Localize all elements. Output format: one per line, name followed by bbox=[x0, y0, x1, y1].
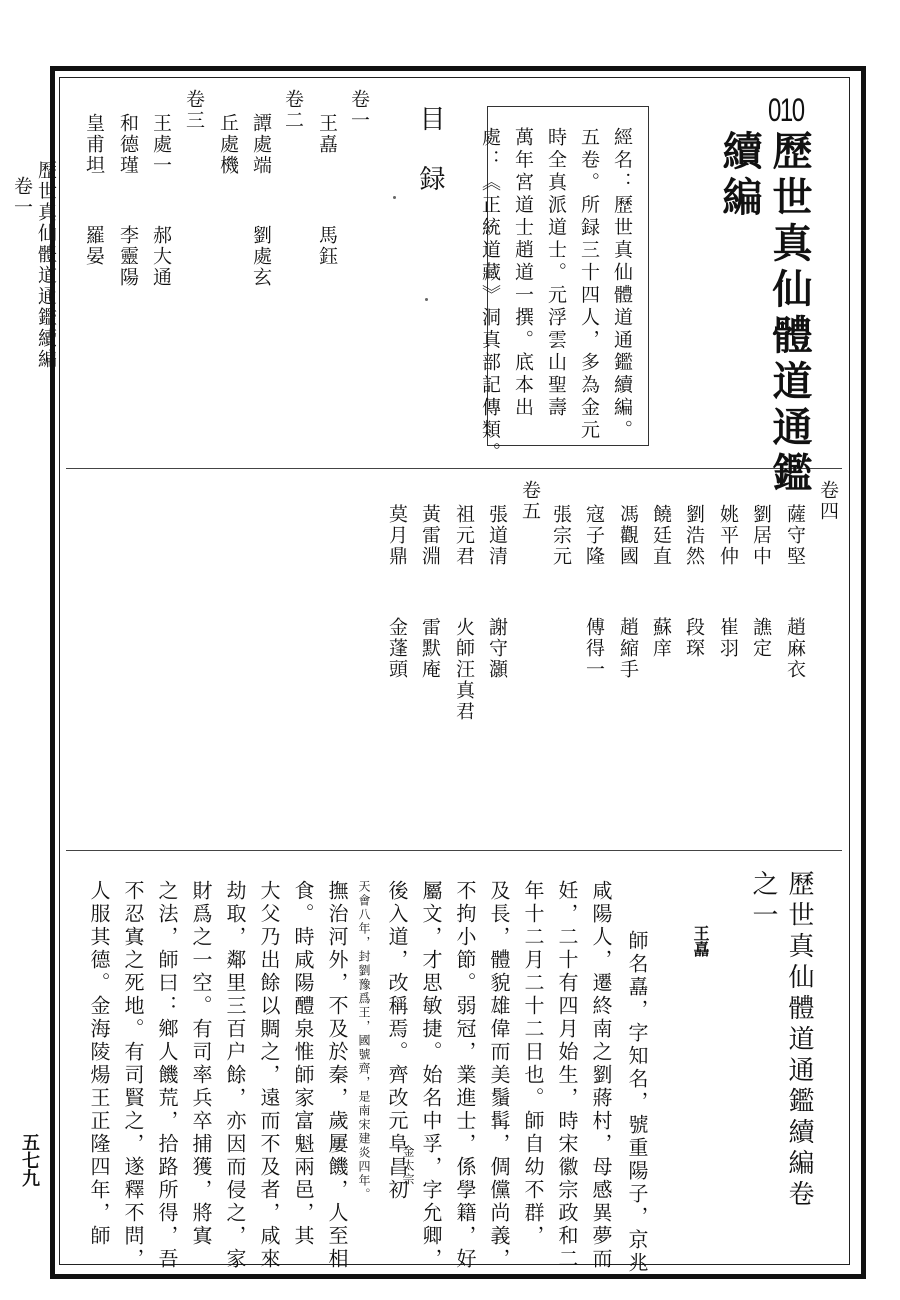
toc-entry: 譚處端 bbox=[249, 113, 273, 176]
toc-entry: 王處一 bbox=[149, 113, 173, 176]
toc-entry: 劉處玄 bbox=[249, 225, 273, 288]
toc-volume-label: 卷五 bbox=[518, 480, 542, 522]
inline-annotation: 天會八年，封劉豫爲王，國號齊，是南宋建炎四年。 bbox=[355, 880, 372, 1202]
toc-entry: 金蓬頭 bbox=[385, 617, 409, 680]
toc-entry: 傅得一 bbox=[582, 617, 606, 680]
note-line: 經名：歷世真仙體道通鑑續編。 bbox=[605, 127, 638, 437]
body-text-column: 不拘小節。弱冠，業進士，係學籍，好 bbox=[448, 880, 482, 1271]
note-line: 五卷。所録三十四人，多為金元 bbox=[572, 127, 605, 437]
body-text-column: 年十二月二十二日也。師自幼不群， bbox=[516, 880, 550, 1248]
decorative-dot bbox=[425, 298, 428, 301]
running-header-volume: 卷一 bbox=[10, 176, 34, 370]
toc-entry: 趙麻衣 bbox=[783, 617, 807, 680]
toc-entry: 祖元君 bbox=[452, 504, 476, 567]
toc-entry: 薩守堅 bbox=[783, 504, 807, 567]
toc-entry: 和德瑾 bbox=[116, 113, 140, 176]
toc-entry: 段琛 bbox=[682, 617, 706, 659]
toc-entry: 莫月鼎 bbox=[385, 504, 409, 567]
toc-volume-label: 卷四 bbox=[816, 480, 840, 522]
decorative-dot bbox=[393, 196, 396, 199]
toc-entry: 張宗元 bbox=[549, 504, 573, 567]
section-divider-bottom bbox=[66, 850, 842, 851]
section-heading: 王嚞 bbox=[690, 925, 710, 957]
body-text-column: 及長，體貌雄偉而美鬚髯，倜儻尚義， bbox=[482, 880, 516, 1271]
body-text-column: 財爲之一空。有司率兵卒捕獲，將寘 bbox=[184, 880, 218, 1248]
chapter-title-continued: 之一 bbox=[748, 870, 778, 932]
body-text-column: 人服其德。金海陵煬王正隆四年，師 bbox=[82, 880, 116, 1248]
toc-entry: 皇甫坦 bbox=[82, 113, 106, 176]
body-text-column: 屬文，才思敏捷。始名中孚，字允卿， bbox=[414, 880, 448, 1271]
toc-entry: 劉浩然 bbox=[682, 504, 706, 567]
body-text-column: 撫治河外，不及於秦，歲屢饑，人至相 bbox=[320, 880, 354, 1271]
note-line: 時全真派道士。元浮雲山聖壽 bbox=[539, 127, 572, 437]
toc-entry: 馬鈺 bbox=[315, 225, 339, 267]
toc-entry: 蘇庠 bbox=[649, 617, 673, 659]
toc-entry: 饒廷直 bbox=[649, 504, 673, 567]
toc-entry: 崔羽 bbox=[716, 617, 740, 659]
body-text-column: 之法，師曰：鄉人饑荒，拾路所得，吾 bbox=[150, 880, 184, 1271]
toc-entry: 黃雷淵 bbox=[418, 504, 442, 567]
toc-entry: 謝守灝 bbox=[485, 617, 509, 680]
catalog-number: 010 bbox=[768, 92, 804, 129]
section-divider-top bbox=[66, 468, 842, 469]
toc-entry: 郝大通 bbox=[149, 225, 173, 288]
page-number: 五七九 bbox=[18, 1133, 40, 1187]
body-text-column: 妊，二十有四月始生，時宋徽宗政和二 bbox=[550, 880, 584, 1271]
body-text-column: 食。時咸陽醴泉惟師家富魁兩邑，其 bbox=[286, 880, 320, 1248]
toc-entry: 寇子隆 bbox=[582, 504, 606, 567]
toc-entry: 雷默庵 bbox=[418, 617, 442, 680]
toc-heading: 目録 bbox=[412, 105, 449, 225]
toc-volume-label: 卷一 bbox=[347, 89, 371, 131]
body-text-column: 劫取，鄰里三百户餘，亦因而侵之，家 bbox=[218, 880, 252, 1271]
toc-entry: 羅晏 bbox=[82, 225, 106, 267]
toc-entry: 王嚞 bbox=[315, 113, 339, 155]
note-line: 萬年宮道士趙道一撰。底本出 bbox=[506, 127, 539, 437]
document-subtitle: 續編 bbox=[718, 130, 760, 222]
toc-entry: 姚平仲 bbox=[716, 504, 740, 567]
bibliographic-note: 經名：歷世真仙體道通鑑續編。 五卷。所録三十四人，多為金元 時全真派道士。元浮雲… bbox=[473, 127, 638, 437]
body-text-column: 咸陽人，遷終南之劉蔣村，母感異夢而 bbox=[584, 880, 618, 1271]
toc-entry: 丘處機 bbox=[216, 113, 240, 176]
toc-entry: 張道清 bbox=[485, 504, 509, 567]
body-text-column: 大父乃出餘以賙之，遠而不及者，咸來 bbox=[252, 880, 286, 1271]
toc-entry: 李靈陽 bbox=[116, 225, 140, 288]
bibliographic-note-box: 經名：歷世真仙體道通鑑續編。 五卷。所録三十四人，多為金元 時全真派道士。元浮雲… bbox=[487, 106, 649, 446]
toc-entry: 火師汪真君 bbox=[452, 617, 476, 722]
inline-annotation-head: 金太宗 bbox=[399, 1145, 416, 1187]
toc-entry: 馮觀國 bbox=[616, 504, 640, 567]
body-text-column: 師名嚞，字知名，號重陽子，京兆 bbox=[620, 930, 654, 1275]
toc-volume-label: 卷二 bbox=[281, 89, 305, 131]
document-title: 歷世真仙體道通鑑 bbox=[768, 130, 810, 498]
toc-entry: 譙定 bbox=[749, 617, 773, 659]
toc-volume-label: 卷三 bbox=[182, 89, 206, 131]
body-text-column: 不忍寘之死地。有司賢之，遂釋不問， bbox=[116, 880, 150, 1271]
toc-entry: 趙縮手 bbox=[616, 617, 640, 680]
toc-entry: 劉居中 bbox=[749, 504, 773, 567]
note-line: 處：《正統道藏》洞真部記傳類。 bbox=[473, 127, 506, 437]
chapter-title: 歷世真仙體道通鑑續編卷 bbox=[784, 870, 814, 1211]
